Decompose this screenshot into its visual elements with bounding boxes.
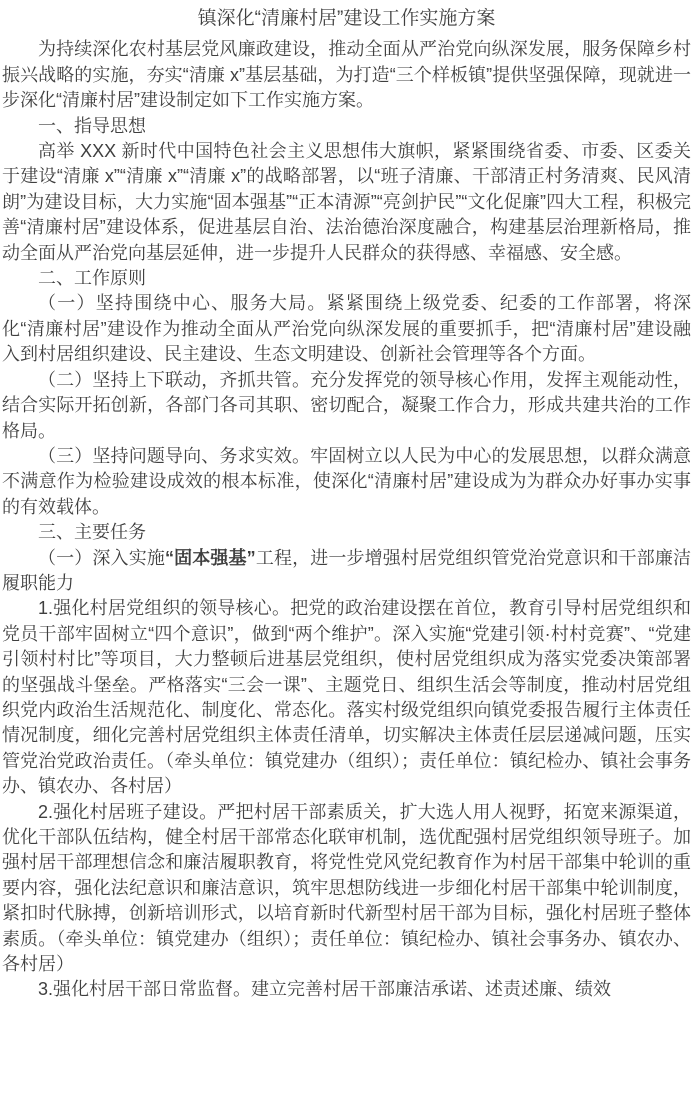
text-run: （一）深入实施 [38, 548, 165, 568]
text-run: （一）坚持围绕中心、服务大局。紧紧围绕上级党委、纪委的工作部署，将深化“清廉村居… [2, 293, 691, 364]
text-run: 高举 XXX 新时代中国特色社会主义思想伟大旗帜，紧紧围绕省委、市委、区委关于建… [2, 141, 691, 263]
paragraph: （一）深入实施“固本强基”工程，进一步增强村居党组织管党治党意识和干部廉洁履职能… [2, 546, 691, 597]
paragraph: （一）坚持围绕中心、服务大局。紧紧围绕上级党委、纪委的工作部署，将深化“清廉村居… [2, 291, 691, 367]
paragraph: 1.强化村居党组织的领导核心。把党的政治建设摆在首位，教育引导村居党组织和党员干… [2, 596, 691, 799]
paragraph: 3.强化村居干部日常监督。建立完善村居干部廉洁承诺、述责述廉、绩效 [2, 977, 691, 1002]
section-heading: 二、工作原则 [2, 266, 691, 291]
paragraph: （三）坚持问题导向、务求实效。牢固树立以人民为中心的发展思想，以群众满意不满意作… [2, 444, 691, 520]
text-run: 1.强化村居党组织的领导核心。把党的政治建设摆在首位，教育引导村居党组织和党员干… [2, 598, 691, 796]
text-run: （二）坚持上下联动，齐抓共管。充分发挥党的领导核心作用，发挥主观能动性，结合实际… [2, 370, 691, 441]
section-heading: 一、指导思想 [2, 114, 691, 139]
document-body: 为持续深化农村基层党风廉政建设，推动全面从严治党向纵深发展，服务保障乡村振兴战略… [2, 37, 691, 1002]
text-run: 二、工作原则 [38, 268, 146, 288]
text-run: 3.强化村居干部日常监督。建立完善村居干部廉洁承诺、述责述廉、绩效 [38, 979, 611, 999]
paragraph: （二）坚持上下联动，齐抓共管。充分发挥党的领导核心作用，发挥主观能动性，结合实际… [2, 368, 691, 444]
text-run: 为持续深化农村基层党风廉政建设，推动全面从严治党向纵深发展，服务保障乡村振兴战略… [2, 39, 691, 110]
bold-text-run: “固本强基” [165, 548, 256, 568]
text-run: 三、主要任务 [38, 522, 146, 542]
document-page: 镇深化“清廉村居”建设工作实施方案 为持续深化农村基层党风廉政建设，推动全面从严… [0, 0, 693, 1097]
text-run: 2.强化村居班子建设。严把村居干部素质关，扩大选人用人视野，拓宽来源渠道，优化干… [2, 802, 691, 974]
text-run: 一、指导思想 [38, 116, 146, 136]
section-heading: 三、主要任务 [2, 520, 691, 545]
document-title: 镇深化“清廉村居”建设工作实施方案 [2, 6, 691, 31]
paragraph: 高举 XXX 新时代中国特色社会主义思想伟大旗帜，紧紧围绕省委、市委、区委关于建… [2, 139, 691, 266]
paragraph: 2.强化村居班子建设。严把村居干部素质关，扩大选人用人视野，拓宽来源渠道，优化干… [2, 800, 691, 978]
paragraph: 为持续深化农村基层党风廉政建设，推动全面从严治党向纵深发展，服务保障乡村振兴战略… [2, 37, 691, 113]
text-run: （三）坚持问题导向、务求实效。牢固树立以人民为中心的发展思想，以群众满意不满意作… [2, 446, 691, 517]
